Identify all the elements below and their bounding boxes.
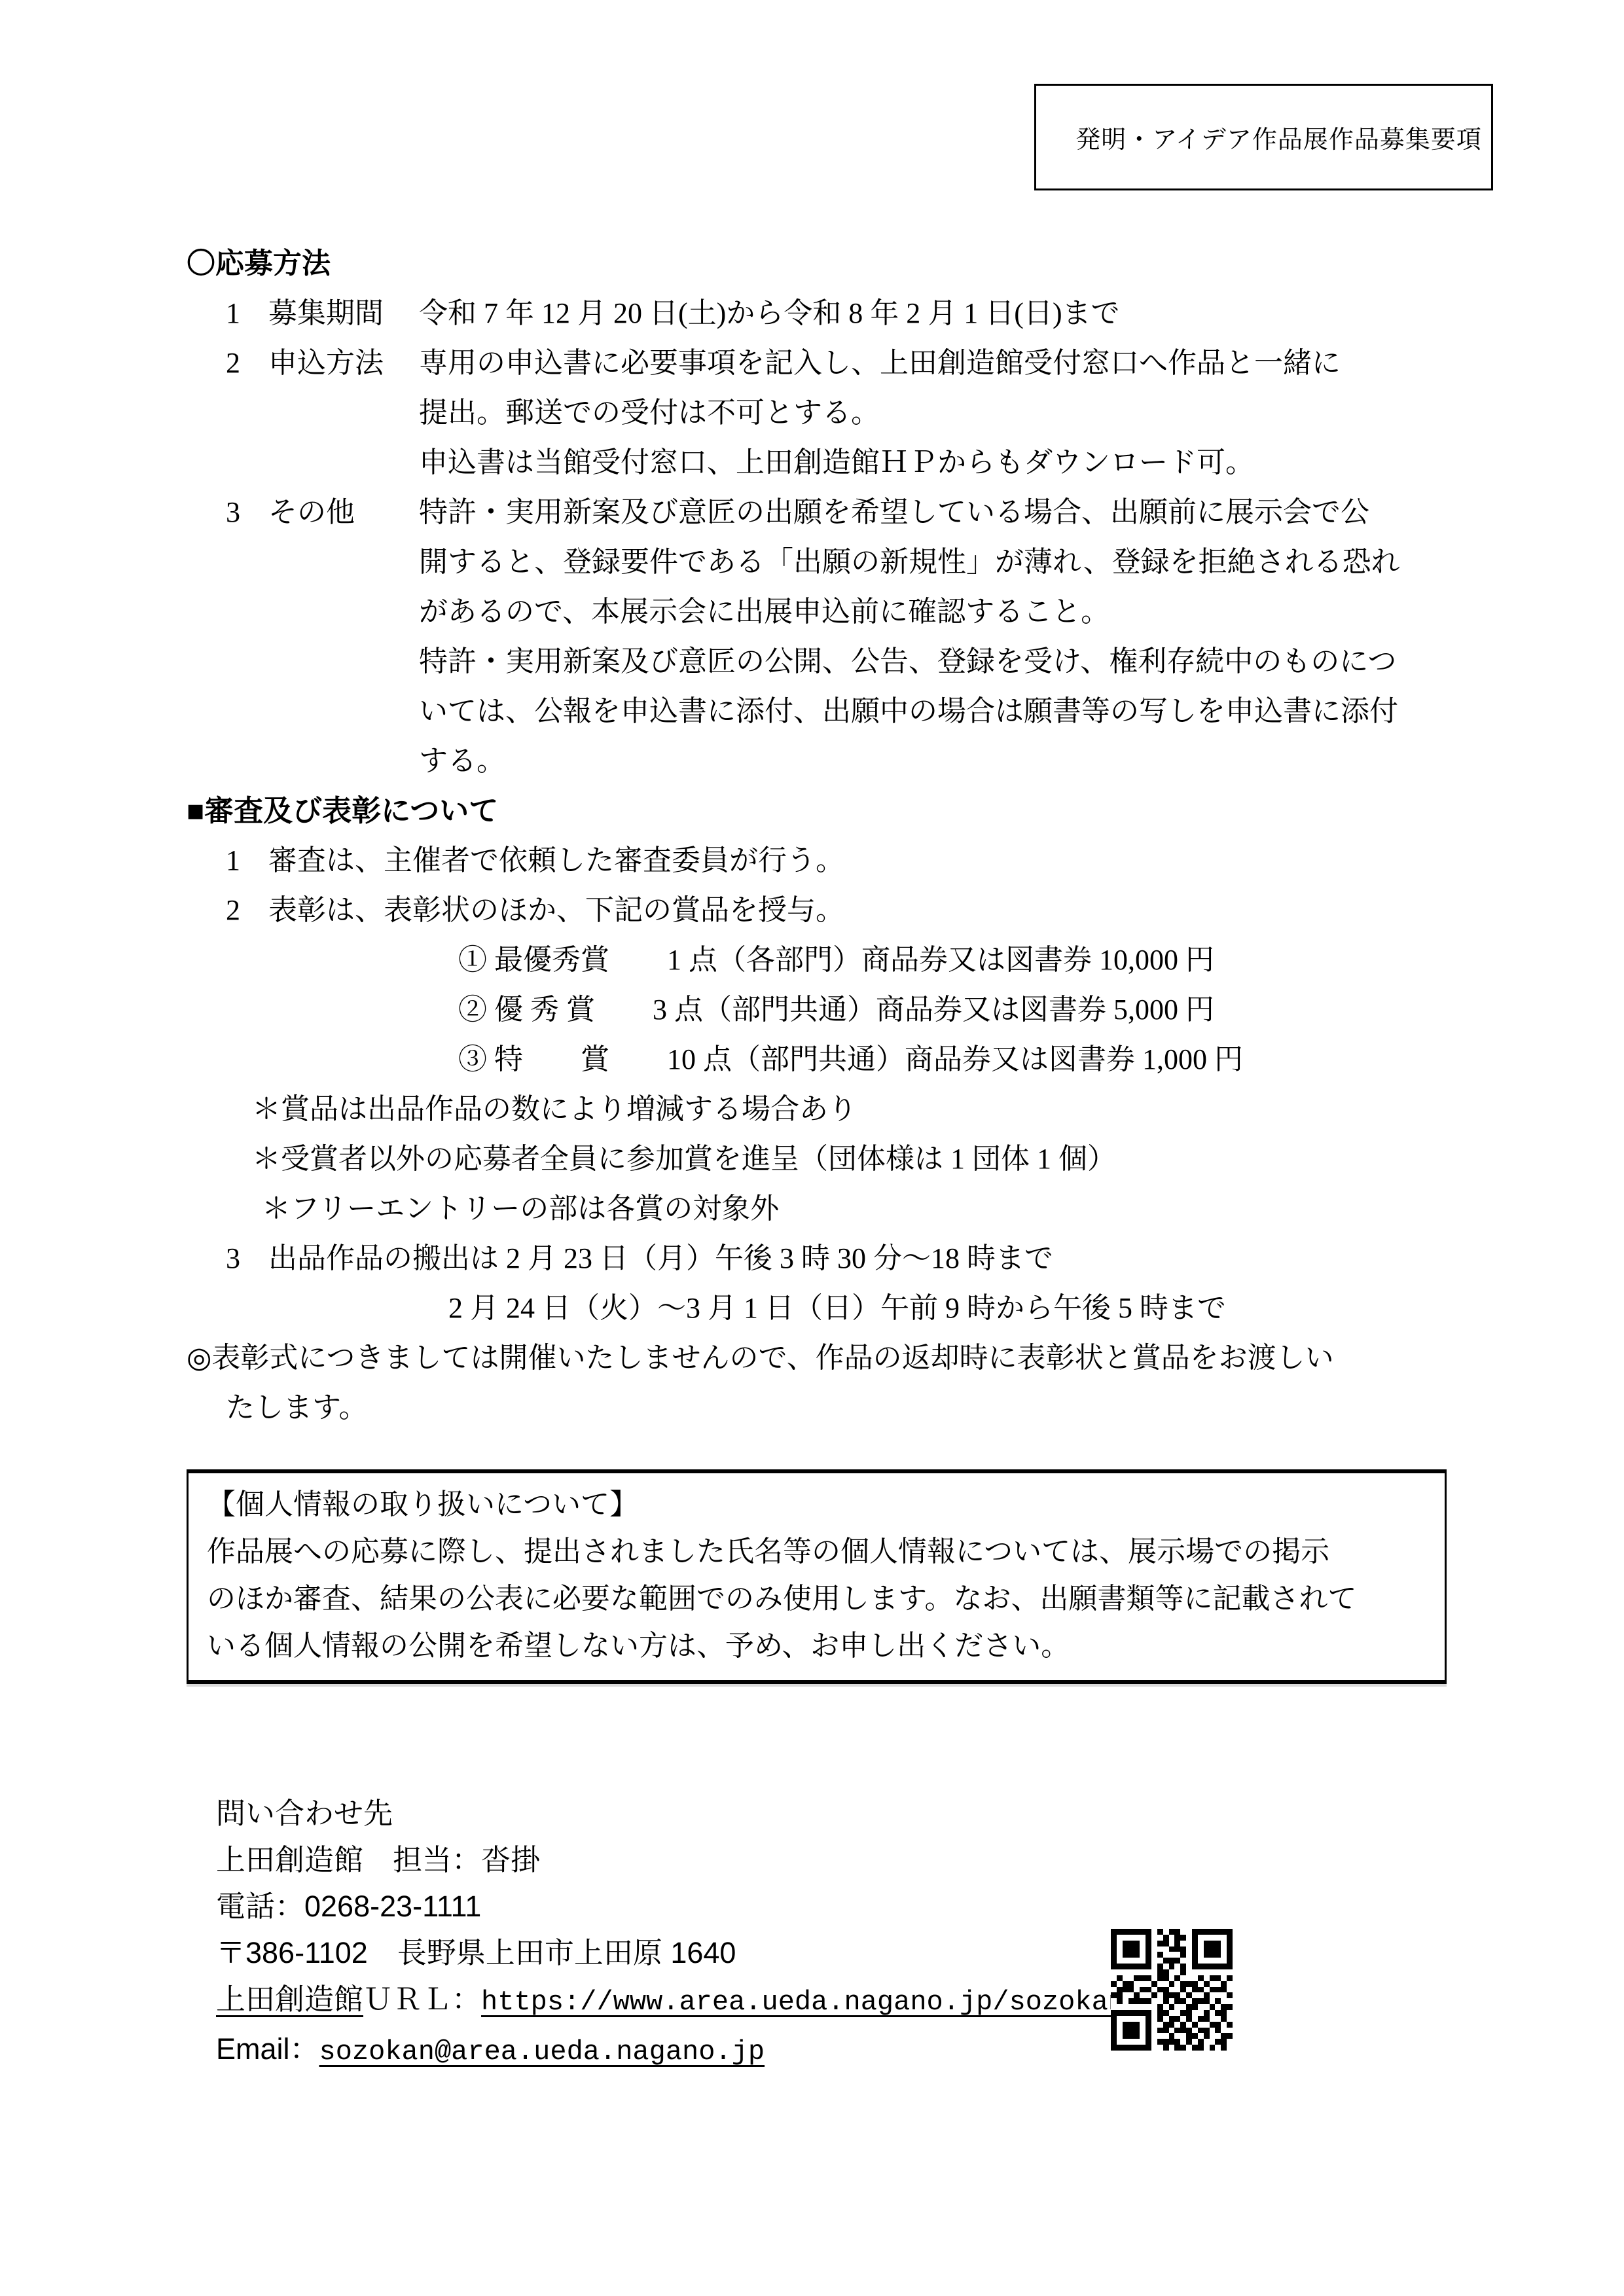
award-item-3-cont: 2 月 24 日（火）～3 月 1 日（日）午前 9 時から午後 5 時まで xyxy=(187,1283,1453,1333)
apply-item-3-cont: いては、公報を申込書に添付、出願中の場合は願書等の写しを申込書に添付 xyxy=(187,687,1453,736)
document-page: 発明・アイデア作品展作品募集要項 〇応募方法 1募集期間令和 7 年 12 月 … xyxy=(0,0,1624,2296)
prize-note-1: ＊賞品は出品作品の数により増減する場合あり xyxy=(187,1085,1453,1134)
item-text: 審査は、主催者で依頼した審査委員が行う。 xyxy=(268,844,844,876)
apply-item-3-cont: があるので、本展示会に出展申込前に確認すること。 xyxy=(187,587,1453,637)
item-number: 2 xyxy=(226,886,268,935)
privacy-heading: 【個人情報の取り扱いについて】 xyxy=(207,1481,1426,1528)
award-item-1: 1審査は、主催者で依頼した審査委員が行う。 xyxy=(187,836,1453,886)
item-number: 1 xyxy=(226,289,268,338)
contact-org-name: 上田創造館 xyxy=(216,1982,363,2016)
prize-line-3: ③ 特 賞 10 点（部門共通）商品券又は図書券 1,000 円 xyxy=(187,1035,1453,1085)
section-heading-apply: 〇応募方法 xyxy=(187,239,1453,289)
item-label: 申込方法 xyxy=(268,338,419,388)
apply-item-2-cont: 申込書は当館受付窓口、上田創造館ＨＰからもダウンロード可。 xyxy=(187,438,1453,488)
award-item-2: 2表彰は、表彰状のほか、下記の賞品を授与。 xyxy=(187,886,1453,935)
contact-email-line: Email：sozokan@area.ueda.nagano.jp xyxy=(216,2026,1141,2075)
contact-org: 上田創造館 担当：沓掛 xyxy=(216,1837,1141,1883)
item-text: 表彰は、表彰状のほか、下記の賞品を授与。 xyxy=(268,894,844,926)
website-link[interactable]: https://www.area.ueda.nagano.jp/sozokan/ xyxy=(481,1986,1141,2018)
apply-item-1: 1募集期間令和 7 年 12 月 20 日(土)から令和 8 年 2 月 1 日… xyxy=(187,289,1453,338)
prize-note-3: ＊フリーエントリーの部は各賞の対象外 xyxy=(187,1184,1453,1234)
document-tag-text: 発明・アイデア作品展作品募集要項 xyxy=(1075,126,1482,154)
item-text: 専用の申込書に必要事項を記入し、上田創造館受付窓口へ作品と一緒に xyxy=(419,347,1341,379)
contact-address: 〒386-1102 長野県上田市上田原 1640 xyxy=(216,1929,1141,1976)
item-number: 3 xyxy=(226,1234,268,1283)
url-label: ＵＲＬ： xyxy=(363,1982,481,2016)
prize-line-1: ① 最優秀賞 1 点（各部門）商品券又は図書券 10,000 円 xyxy=(187,935,1453,985)
item-text: 出品作品の搬出は 2 月 23 日（月）午後 3 時 30 分～18 時まで xyxy=(268,1242,1053,1274)
item-number: 1 xyxy=(226,836,268,886)
privacy-text-line: 作品展への応募に際し、提出されました氏名等の個人情報については、展示場での掲示 xyxy=(207,1528,1426,1575)
apply-item-2: 2申込方法専用の申込書に必要事項を記入し、上田創造館受付窓口へ作品と一緒に xyxy=(187,338,1453,388)
contact-heading: 問い合わせ先 xyxy=(216,1790,1141,1837)
apply-item-2-cont: 提出。郵送での受付は不可とする。 xyxy=(187,388,1453,438)
apply-item-3-cont: する。 xyxy=(187,736,1453,786)
contact-tel: 電話：0268-23-1111 xyxy=(216,1883,1141,1929)
apply-item-3-cont: 特許・実用新案及び意匠の公開、公告、登録を受け、権利存続中のものにつ xyxy=(187,637,1453,687)
privacy-text-line: いる個人情報の公開を希望しない方は、予め、お申し出ください。 xyxy=(207,1623,1426,1670)
email-label: Email： xyxy=(216,2032,319,2066)
item-label: その他 xyxy=(268,488,419,537)
document-tag-box: 発明・アイデア作品展作品募集要項 xyxy=(1034,84,1493,190)
item-label: 募集期間 xyxy=(268,289,419,338)
prize-note-2: ＊受賞者以外の応募者全員に参加賞を進呈（団体様は 1 団体 1 個） xyxy=(187,1134,1453,1184)
email-link[interactable]: sozokan@area.ueda.nagano.jp xyxy=(319,2036,765,2068)
apply-item-3-cont: 開すると、登録要件である「出願の新規性」が薄れ、登録を拒絶される恐れ xyxy=(187,537,1453,587)
item-text: 特許・実用新案及び意匠の出願を希望している場合、出願前に展示会で公 xyxy=(419,496,1369,528)
item-text: 令和 7 年 12 月 20 日(土)から令和 8 年 2 月 1 日(日)まで xyxy=(419,297,1120,329)
privacy-text-line: のほか審査、結果の公表に必要な範囲でのみ使用します。なお、出願書類等に記載されて xyxy=(207,1575,1426,1623)
award-item-3: 3出品作品の搬出は 2 月 23 日（月）午後 3 時 30 分～18 時まで xyxy=(187,1234,1453,1283)
prize-line-2: ② 優 秀 賞 3 点（部門共通）商品券又は図書券 5,000 円 xyxy=(187,985,1453,1035)
privacy-notice-box: 【個人情報の取り扱いについて】 作品展への応募に際し、提出されました氏名等の個人… xyxy=(187,1469,1447,1684)
item-number: 3 xyxy=(226,488,268,537)
ceremony-note: ◎表彰式につきましては開催いたしませんので、作品の返却時に表彰状と賞品をお渡しい xyxy=(187,1333,1453,1383)
document-body: 〇応募方法 1募集期間令和 7 年 12 月 20 日(土)から令和 8 年 2… xyxy=(187,239,1453,1433)
contact-block: 問い合わせ先 上田創造館 担当：沓掛 電話：0268-23-1111 〒386-… xyxy=(216,1790,1141,2075)
qr-code xyxy=(1111,1929,1233,2051)
section-heading-award: ■審査及び表彰について xyxy=(187,786,1453,836)
contact-url-line: 上田創造館ＵＲＬ：https://www.area.ueda.nagano.jp… xyxy=(216,1976,1141,2026)
ceremony-note-cont: たします。 xyxy=(187,1383,1453,1433)
apply-item-3: 3その他特許・実用新案及び意匠の出願を希望している場合、出願前に展示会で公 xyxy=(187,488,1453,537)
item-number: 2 xyxy=(226,338,268,388)
